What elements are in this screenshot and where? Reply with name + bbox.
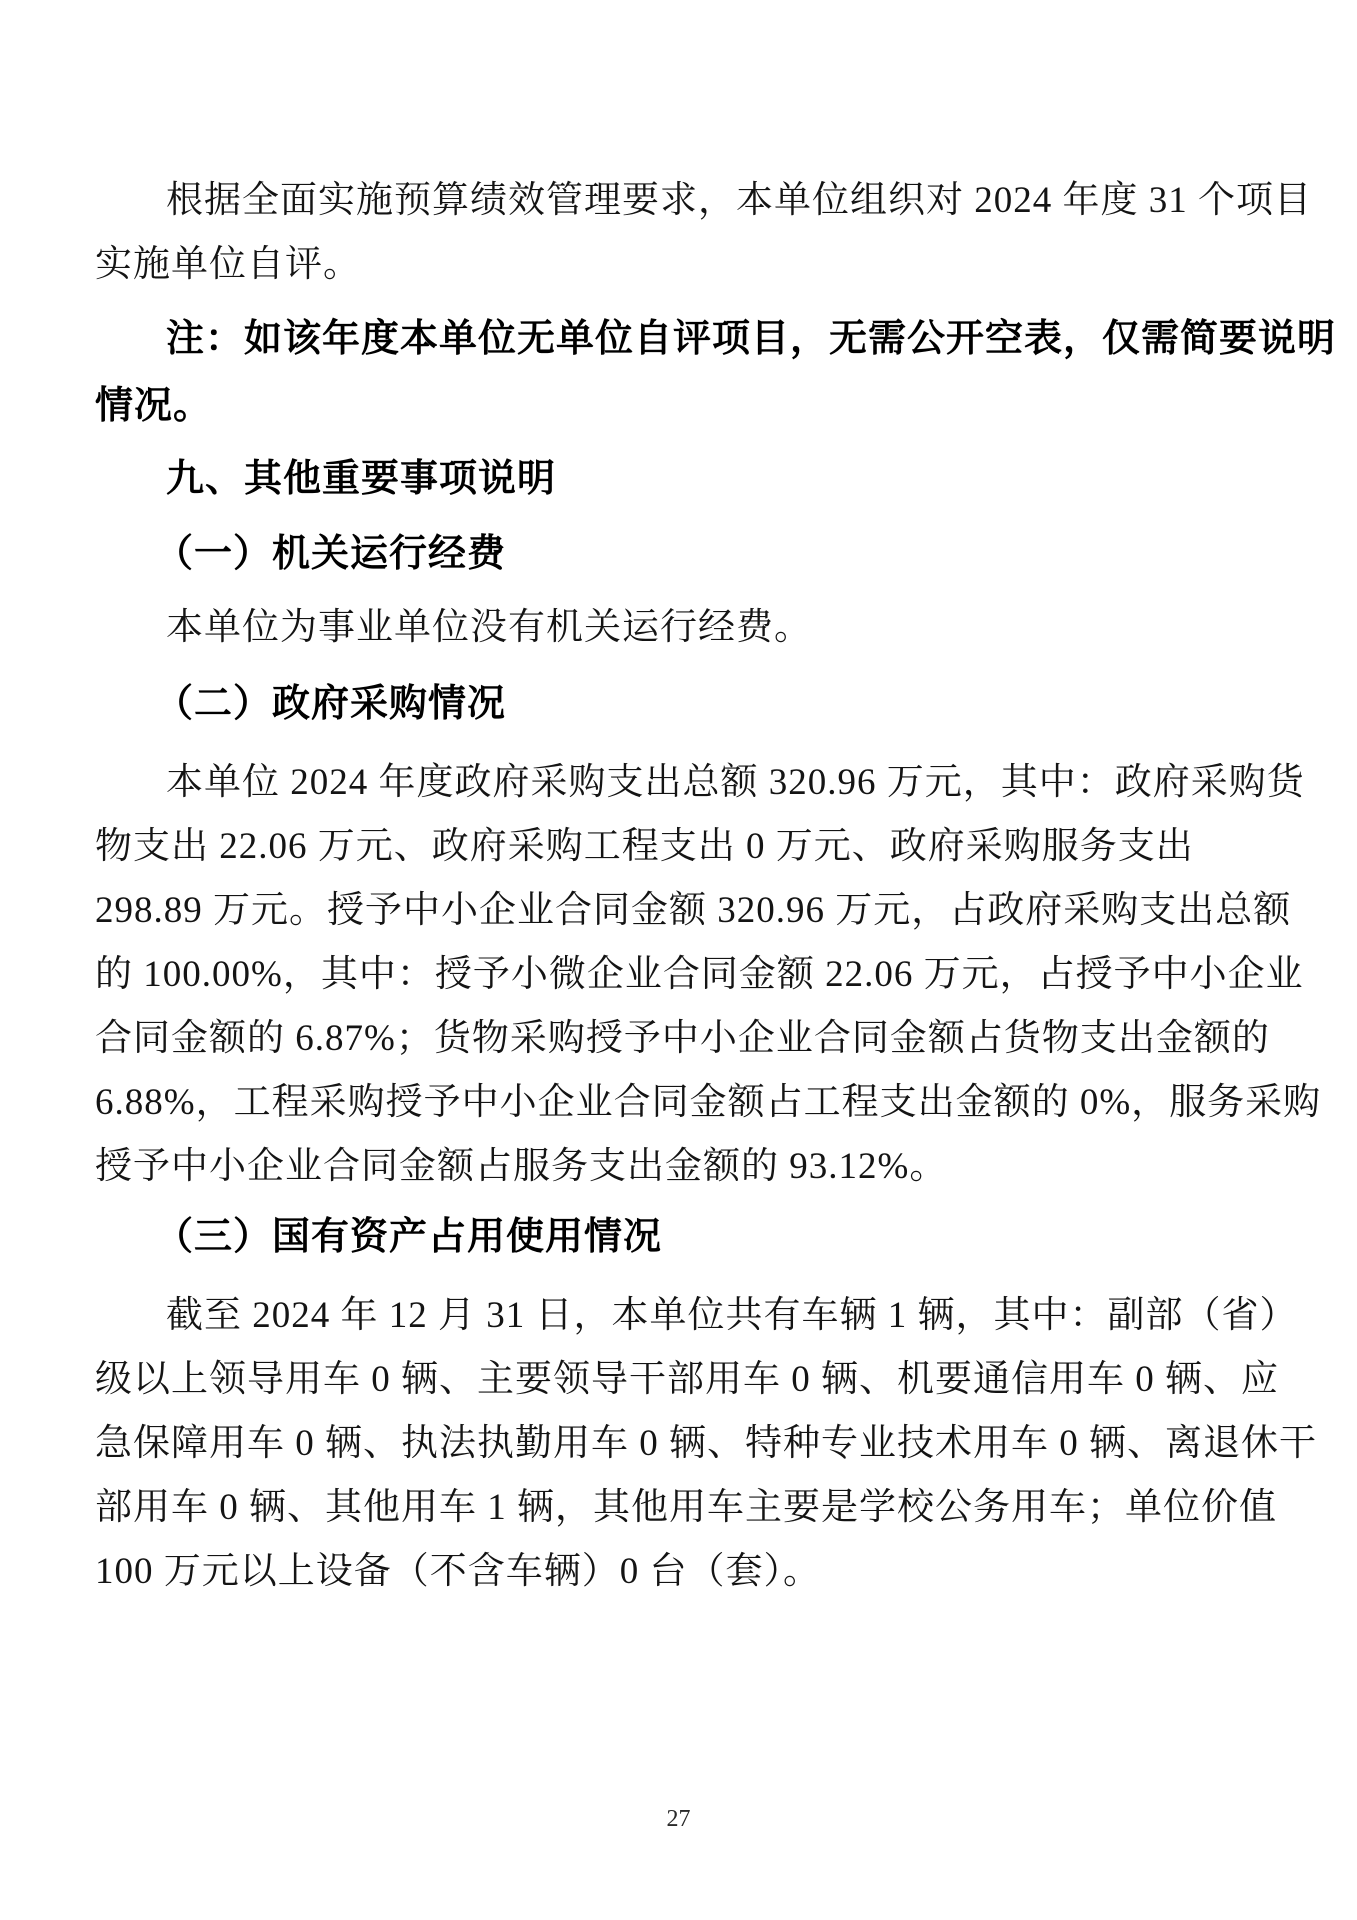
body-line: 6.88%，工程采购授予中小企业合同金额占工程支出金额的 0%，服务采购 [95,1081,1321,1125]
body-line: 物支出 22.06 万元、政府采购工程支出 0 万元、政府采购服务支出 [95,825,1194,869]
body-line: 298.89 万元。授予中小企业合同金额 320.96 万元，占政府采购支出总额 [95,889,1291,933]
page-number: 27 [0,1806,1357,1833]
intro-line: 实施单位自评。 [95,243,361,287]
intro-line: 根据全面实施预算绩效管理要求，本单位组织对 2024 年度 31 个项目 [166,179,1312,223]
section-heading-nine: 九、其他重要事项说明 [166,457,556,503]
body-line: 的 100.00%，其中：授予小微企业合同金额 22.06 万元，占授予中小企业 [95,953,1304,997]
body-line: 本单位 2024 年度政府采购支出总额 320.96 万元，其中：政府采购货 [166,761,1305,805]
note-line: 注：如该年度本单位无单位自评项目，无需公开空表，仅需简要说明 [166,317,1336,363]
body-line: 100 万元以上设备（不含车辆）0 台（套）。 [95,1550,821,1594]
document-page: 根据全面实施预算绩效管理要求，本单位组织对 2024 年度 31 个项目 实施单… [0,0,1357,1920]
body-line: 本单位为事业单位没有机关运行经费。 [166,606,812,650]
body-line: 急保障用车 0 辆、执法执勤用车 0 辆、特种专业技术用车 0 辆、离退休干 [95,1422,1317,1466]
body-line: 合同金额的 6.87%；货物采购授予中小企业合同金额占货物支出金额的 [95,1017,1270,1061]
subsection-heading-one: （一）机关运行经费 [155,532,506,578]
note-line: 情况。 [95,384,212,430]
body-line: 部用车 0 辆、其他用车 1 辆，其他用车主要是学校公务用车；单位价值 [95,1486,1277,1530]
subsection-heading-two: （二）政府采购情况 [155,682,506,728]
subsection-heading-three: （三）国有资产占用使用情况 [155,1215,662,1261]
body-line: 授予中小企业合同金额占服务支出金额的 93.12%。 [95,1145,947,1189]
body-line: 截至 2024 年 12 月 31 日，本单位共有车辆 1 辆，其中：副部（省） [166,1294,1298,1338]
body-line: 级以上领导用车 0 辆、主要领导干部用车 0 辆、机要通信用车 0 辆、应 [95,1358,1279,1402]
